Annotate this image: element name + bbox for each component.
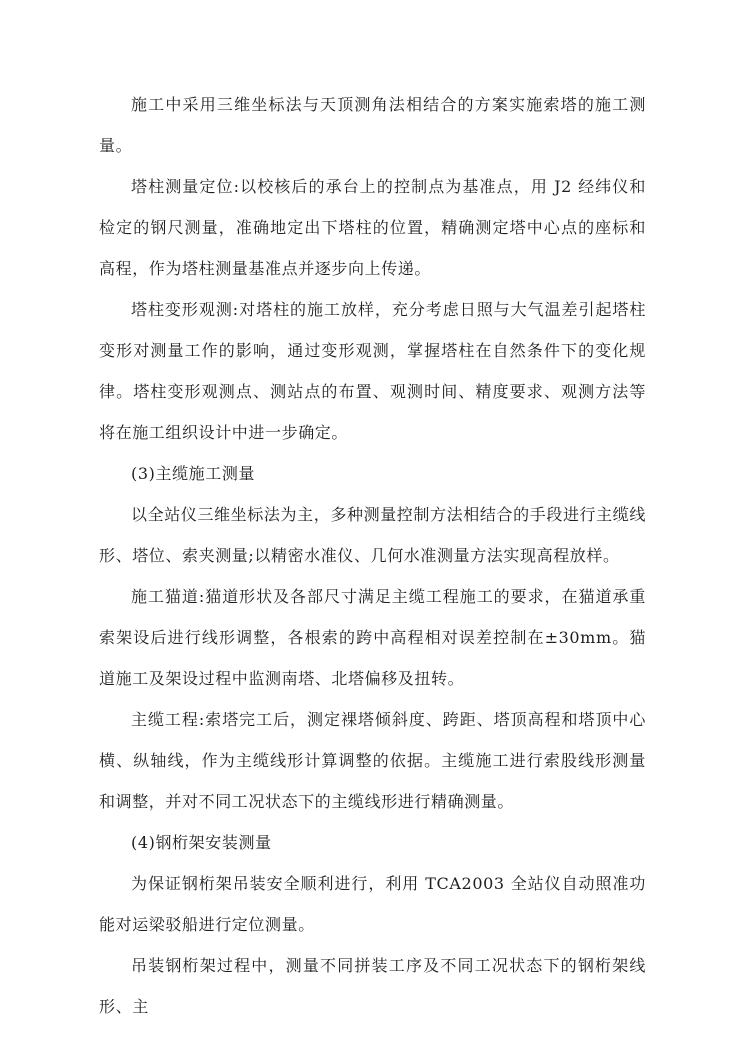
paragraph-tower-column-positioning: 塔柱测量定位:以校核后的承台上的控制点为基准点，用 J2 经纬仪和检定的钢尺测量… — [99, 166, 646, 289]
paragraph-catwalk-construction: 施工猫道:猫道形状及各部尺寸满足主缆工程施工的要求，在猫道承重索架设后进行线形调… — [99, 576, 646, 699]
paragraph-truss-hoisting-process: 吊装钢桁架过程中，测量不同拼装工序及不同工况状态下的钢桁架线形、主 — [99, 945, 646, 1027]
section-heading-main-cable-survey: (3)主缆施工测量 — [99, 453, 646, 494]
document-page: { "doc": { "background_color": "#ffffff"… — [0, 0, 744, 1052]
paragraph-tower-deformation-observation: 塔柱变形观测:对塔柱的施工放样，充分考虑日照与大气温差引起塔柱变形对测量工作的影… — [99, 289, 646, 453]
paragraph-main-cable-works: 主缆工程:索塔完工后，测定裸塔倾斜度、跨距、塔顶高程和塔顶中心横、纵轴线，作为主… — [99, 699, 646, 822]
paragraph-tower-survey-scheme: 施工中采用三维坐标法与天顶测角法相结合的方案实施索塔的施工测量。 — [99, 84, 646, 166]
paragraph-total-station-method: 以全站仪三维坐标法为主，多种测量控制方法相结合的手段进行主缆线形、塔位、索夹测量… — [99, 494, 646, 576]
paragraph-truss-hoisting-positioning: 为保证钢桁架吊装安全顺利进行，利用 TCA2003 全站仪自动照准功能对运梁驳船… — [99, 863, 646, 945]
section-heading-steel-truss-installation: (4)钢桁架安装测量 — [99, 822, 646, 863]
text-block: 施工中采用三维坐标法与天顶测角法相结合的方案实施索塔的施工测量。 塔柱测量定位:… — [99, 84, 646, 1027]
